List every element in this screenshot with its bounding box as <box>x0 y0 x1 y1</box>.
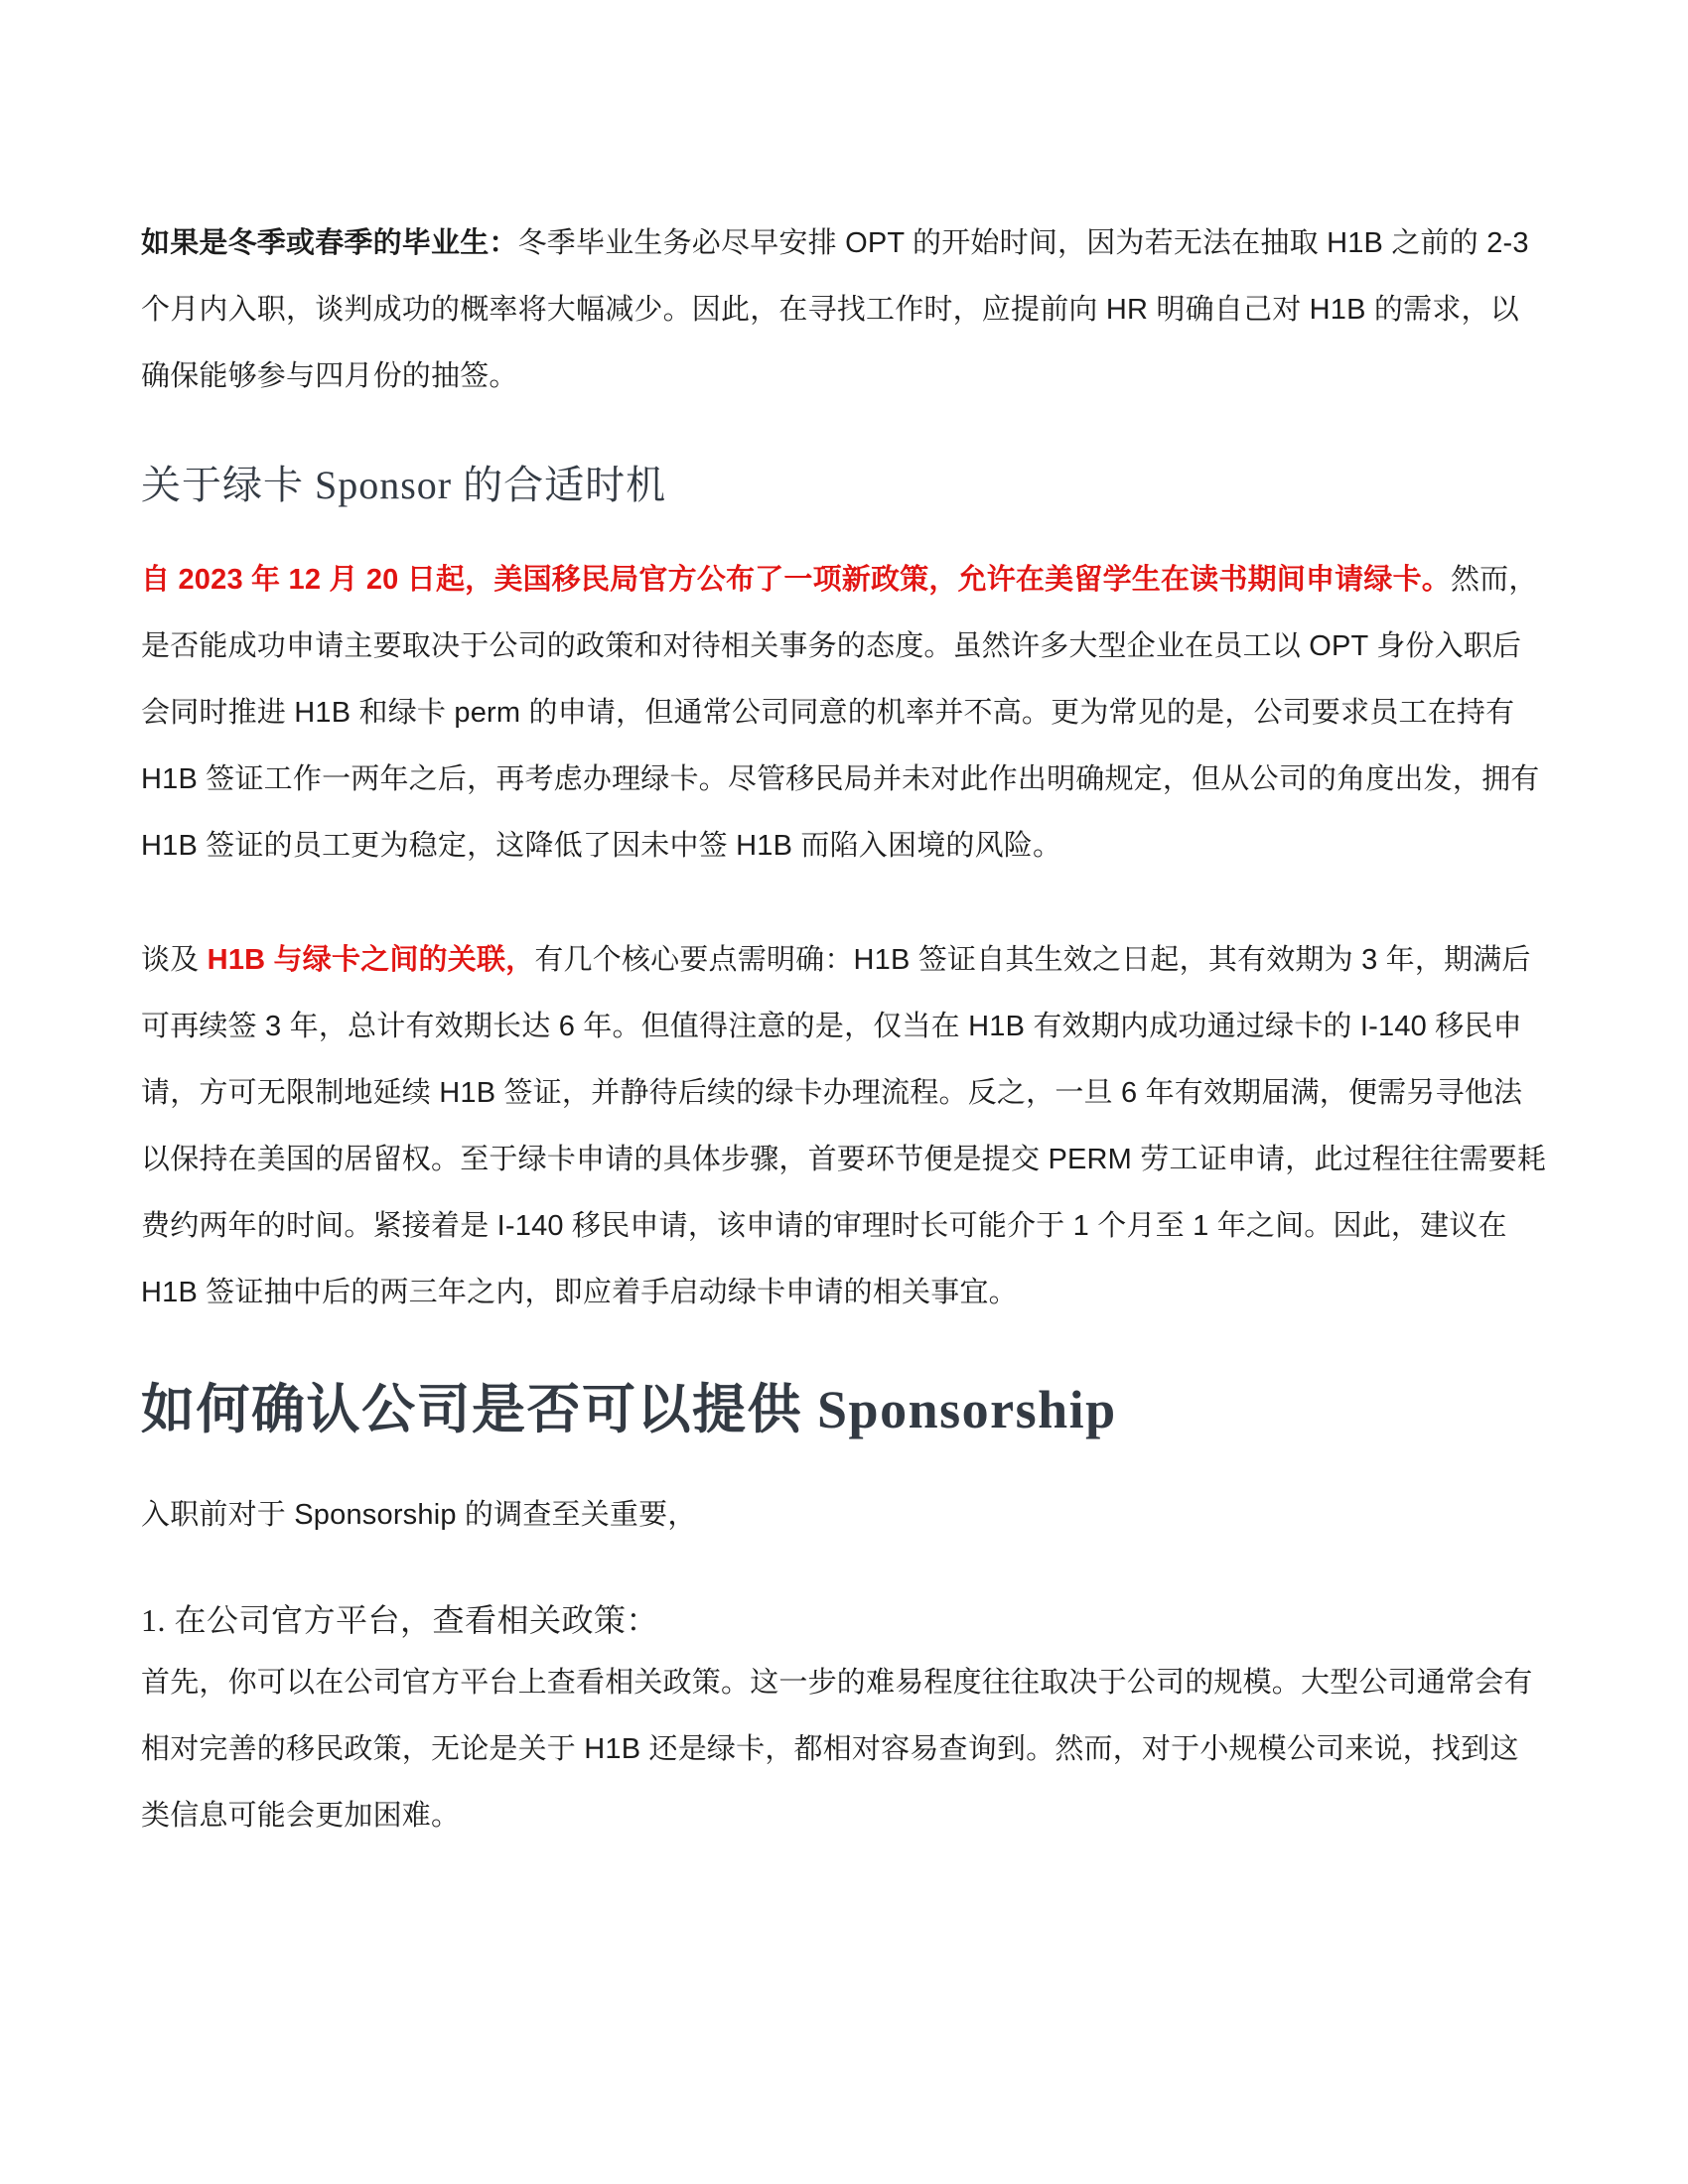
paragraph-winter-spring-grads: 如果是冬季或春季的毕业生：冬季毕业生务必尽早安排 OPT 的开始时间，因为若无法… <box>141 210 1547 410</box>
red-highlight-h1b-link: H1B 与绿卡之间的关联， <box>208 944 535 976</box>
paragraph-new-policy: 自 2023 年 12 月 20 日起，美国移民局官方公布了一项新政策，允许在美… <box>141 547 1547 880</box>
heading-confirm-sponsorship: 如何确认公司是否可以提供 Sponsorship <box>141 1374 1547 1446</box>
paragraph-lead-bold: 如果是冬季或春季的毕业生： <box>141 227 518 259</box>
red-highlight-policy-date: 自 2023 年 12 月 20 日起，美国移民局官方公布了一项新政策，允许在美… <box>141 564 1451 596</box>
paragraph-lead-text: 谈及 <box>141 944 208 976</box>
paragraph-body-text: 然而，是否能成功申请主要取决于公司的政策和对待相关事务的态度。虽然许多大型企业在… <box>141 564 1539 862</box>
document-page: 如果是冬季或春季的毕业生：冬季毕业生务必尽早安排 OPT 的开始时间，因为若无法… <box>0 0 1688 2184</box>
paragraph-h1b-greencard-link: 谈及 H1B 与绿卡之间的关联，有几个核心要点需明确：H1B 签证自其生效之日起… <box>141 927 1547 1326</box>
paragraph-body-text: 有几个核心要点需明确：H1B 签证自其生效之日起，其有效期为 3 年，期满后可再… <box>141 944 1546 1308</box>
subheading-official-platform-policy: 1. 在公司官方平台，查看相关政策： <box>141 1596 1547 1644</box>
heading-green-card-sponsor-timing: 关于绿卡 Sponsor 的合适时机 <box>141 458 1547 513</box>
paragraph-pre-job-investigation: 入职前对于 Sponsorship 的调查至关重要， <box>141 1482 1547 1549</box>
paragraph-platform-check-detail: 首先，你可以在公司官方平台上查看相关政策。这一步的难易程度往往取决于公司的规模。… <box>141 1650 1547 1849</box>
